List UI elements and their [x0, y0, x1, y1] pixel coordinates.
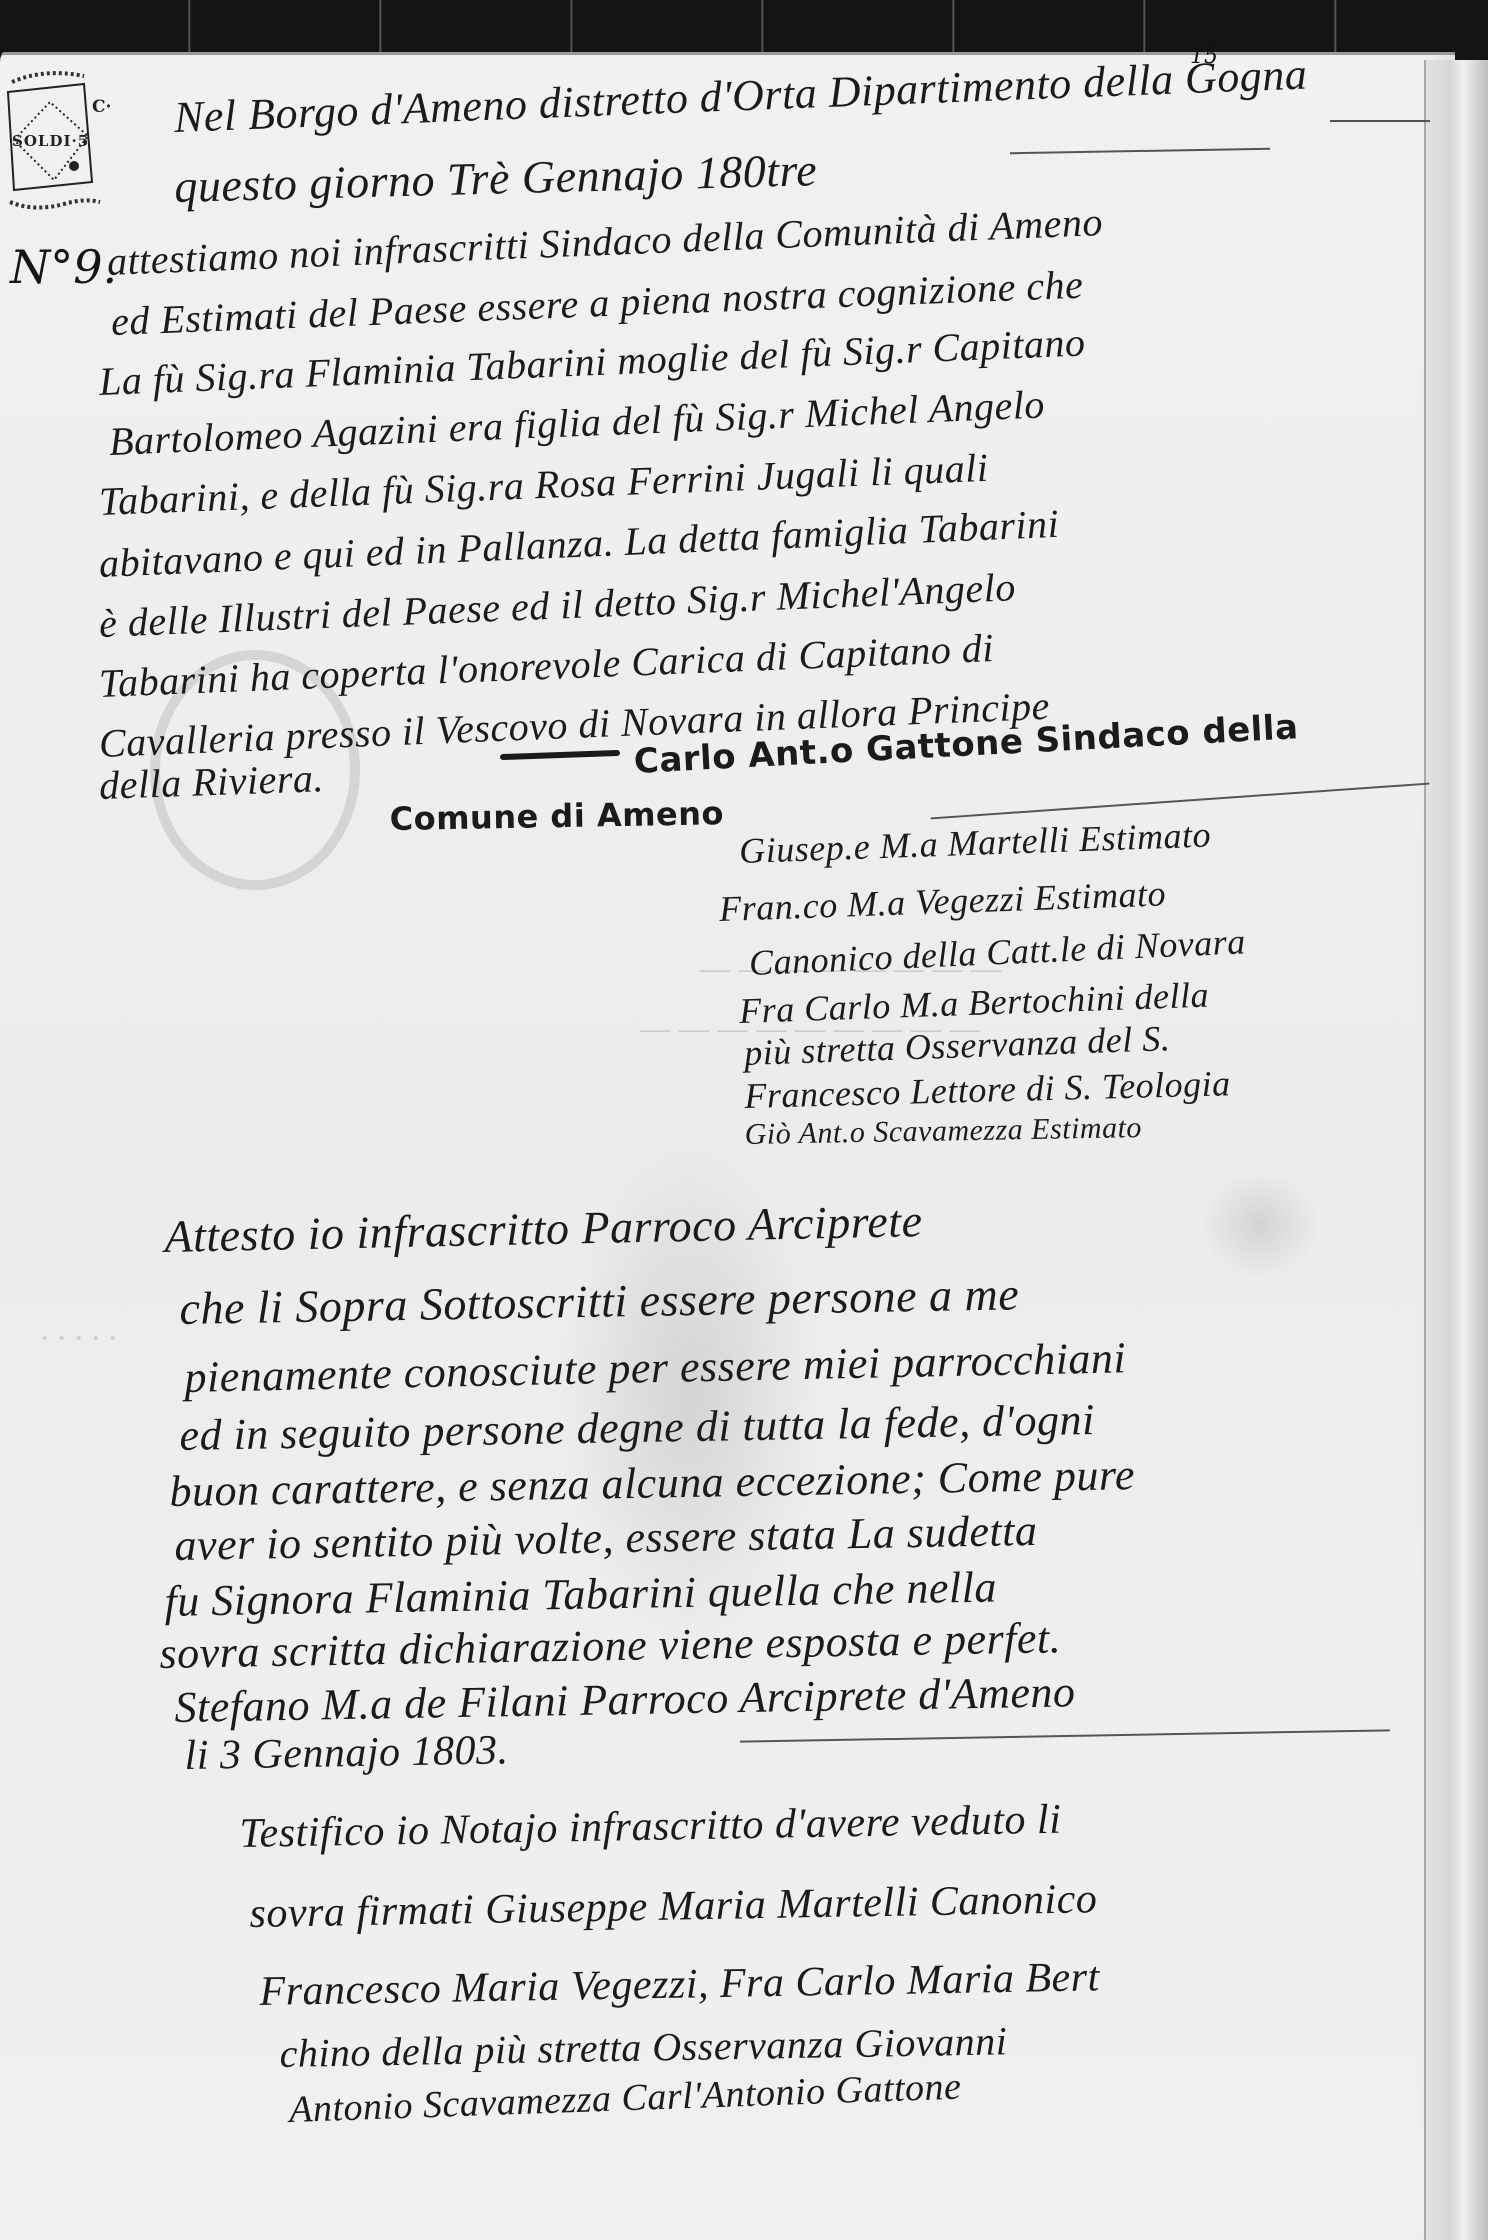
- comune-signature: Comune di Ameno: [389, 794, 724, 838]
- revenue-stamp: C· SOLDI·5: [4, 62, 120, 220]
- attestation-date: li 3 Gennajo 1803.: [184, 1726, 509, 1780]
- bleed-through-text: · · · · ·: [40, 1320, 117, 1358]
- declaration-line: della Riviera.: [98, 754, 324, 809]
- stamp-value: SOLDI·5: [12, 132, 89, 150]
- entry-number: N°9.: [10, 240, 117, 294]
- page-edge-stack: [1424, 60, 1488, 2240]
- signature-line: Giò Ant.o Scavamezza Estimato: [744, 1111, 1142, 1152]
- stamp-letter: C·: [92, 97, 111, 117]
- line-filler: [1330, 120, 1430, 122]
- ink-smudge: [1200, 1170, 1320, 1280]
